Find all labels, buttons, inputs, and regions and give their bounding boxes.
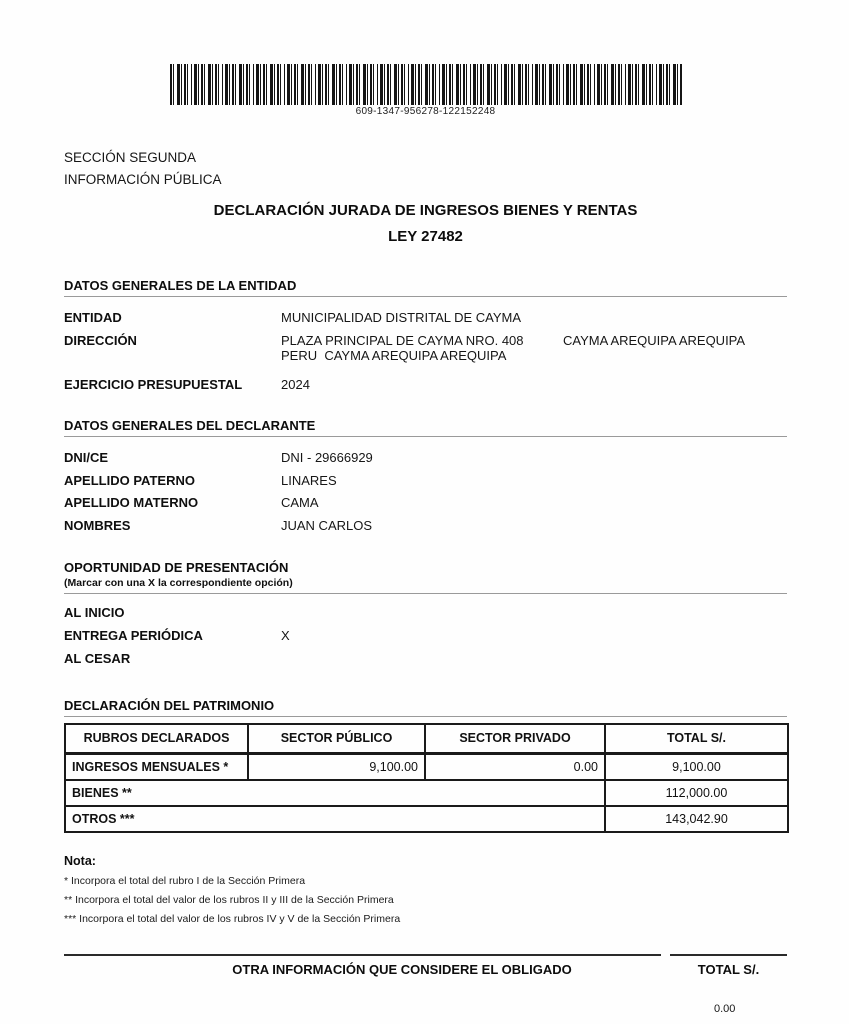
barcode-block: 609-1347-956278-122152248 [170, 64, 682, 117]
entity-heading: DATOS GENERALES DE LA ENTIDAD [64, 278, 787, 297]
direccion-value: PLAZA PRINCIPAL DE CAYMA NRO. 408 PERU C… [281, 333, 563, 364]
note-item-2: ** Incorpora el total del valor de los r… [64, 894, 787, 906]
header-sector-privado: SECTOR PRIVADO [425, 724, 605, 754]
ejercicio-value: 2024 [281, 377, 310, 393]
note-item-3: *** Incorpora el total del valor de los … [64, 913, 787, 925]
ingresos-privado: 0.00 [425, 754, 605, 780]
table-row-otros: OTROS *** 143,042.90 [65, 806, 788, 832]
bienes-total: 112,000.00 [605, 780, 788, 806]
field-direccion: DIRECCIÓN PLAZA PRINCIPAL DE CAYMA NRO. … [64, 333, 787, 364]
section-declarant: DATOS GENERALES DEL DECLARANTE DNI/CE DN… [64, 418, 787, 533]
ingresos-publico: 9,100.00 [248, 754, 425, 780]
field-dni: DNI/CE DNI - 29666929 [64, 450, 787, 466]
patrimony-heading: DECLARACIÓN DEL PATRIMONIO [64, 698, 787, 717]
barcode-number: 609-1347-956278-122152248 [170, 106, 682, 117]
footer-block: OTRA INFORMACIÓN QUE CONSIDERE EL OBLIGA… [64, 954, 787, 1015]
notes-heading: Nota: [64, 854, 787, 868]
document-title: DECLARACIÓN JURADA DE INGRESOS BIENES Y … [64, 202, 787, 219]
field-apellido-materno: APELLIDO MATERNO CAMA [64, 495, 787, 511]
entrega-periodica-label: ENTREGA PERIÓDICA [64, 628, 281, 644]
bienes-label: BIENES ** [65, 780, 605, 806]
nombres-value: JUAN CARLOS [281, 518, 372, 534]
visibility-label: INFORMACIÓN PÚBLICA [64, 169, 787, 191]
option-entrega-periodica: ENTREGA PERIÓDICA X [64, 628, 787, 644]
barcode-icon [170, 64, 682, 105]
opportunity-heading: OPORTUNIDAD DE PRESENTACIÓN [64, 560, 787, 575]
footer-divider [64, 954, 787, 956]
section-patrimony: DECLARACIÓN DEL PATRIMONIO RUBROS DECLAR… [64, 698, 787, 833]
ingresos-label: INGRESOS MENSUALES * [65, 754, 248, 780]
entidad-value: MUNICIPALIDAD DISTRITAL DE CAYMA [281, 310, 521, 326]
footer-total-label: TOTAL S/. [670, 962, 787, 977]
patrimony-table: RUBROS DECLARADOS SECTOR PÚBLICO SECTOR … [64, 723, 789, 833]
footer-title: OTRA INFORMACIÓN QUE CONSIDERE EL OBLIGA… [64, 962, 670, 977]
document-page: 609-1347-956278-122152248 SECCIÓN SEGUND… [0, 0, 849, 1024]
entrega-periodica-mark: X [281, 628, 290, 644]
entidad-label: ENTIDAD [64, 310, 281, 326]
field-ejercicio: EJERCICIO PRESUPUESTAL 2024 [64, 377, 787, 393]
header-sector-publico: SECTOR PÚBLICO [248, 724, 425, 754]
al-inicio-label: AL INICIO [64, 605, 281, 621]
apellido-paterno-value: LINARES [281, 473, 337, 489]
apellido-materno-label: APELLIDO MATERNO [64, 495, 281, 511]
al-cesar-label: AL CESAR [64, 651, 281, 667]
field-entidad: ENTIDAD MUNICIPALIDAD DISTRITAL DE CAYMA [64, 310, 787, 326]
ingresos-total: 9,100.00 [605, 754, 788, 780]
table-row-bienes: BIENES ** 112,000.00 [65, 780, 788, 806]
declarant-heading: DATOS GENERALES DEL DECLARANTE [64, 418, 787, 437]
footer-total-value: 0.00 [714, 1003, 735, 1015]
notes-block: Nota: * Incorpora el total del rubro I d… [64, 854, 787, 925]
apellido-paterno-label: APELLIDO PATERNO [64, 473, 281, 489]
section-label: SECCIÓN SEGUNDA [64, 147, 787, 169]
option-al-inicio: AL INICIO [64, 605, 787, 621]
note-item-1: * Incorpora el total del rubro I de la S… [64, 875, 787, 887]
dni-label: DNI/CE [64, 450, 281, 466]
otros-label: OTROS *** [65, 806, 605, 832]
header-total: TOTAL S/. [605, 724, 788, 754]
field-apellido-paterno: APELLIDO PATERNO LINARES [64, 473, 787, 489]
otros-total: 143,042.90 [605, 806, 788, 832]
table-row-ingresos: INGRESOS MENSUALES * 9,100.00 0.00 9,100… [65, 754, 788, 780]
direccion-value-right: CAYMA AREQUIPA AREQUIPA [563, 333, 745, 349]
dni-value: DNI - 29666929 [281, 450, 373, 466]
opportunity-instruction: (Marcar con una X la correspondiente opc… [64, 577, 787, 589]
document-law: LEY 27482 [64, 228, 787, 245]
nombres-label: NOMBRES [64, 518, 281, 534]
field-nombres: NOMBRES JUAN CARLOS [64, 518, 787, 534]
option-al-cesar: AL CESAR [64, 651, 787, 667]
direccion-label: DIRECCIÓN [64, 333, 281, 349]
apellido-materno-value: CAMA [281, 495, 319, 511]
table-header-row: RUBROS DECLARADOS SECTOR PÚBLICO SECTOR … [65, 724, 788, 754]
section-entity: DATOS GENERALES DE LA ENTIDAD ENTIDAD MU… [64, 278, 787, 392]
header-rubros: RUBROS DECLARADOS [65, 724, 248, 754]
ejercicio-label: EJERCICIO PRESUPUESTAL [64, 377, 281, 393]
section-opportunity: OPORTUNIDAD DE PRESENTACIÓN (Marcar con … [64, 560, 787, 667]
document-intro: SECCIÓN SEGUNDA INFORMACIÓN PÚBLICA [64, 147, 787, 191]
